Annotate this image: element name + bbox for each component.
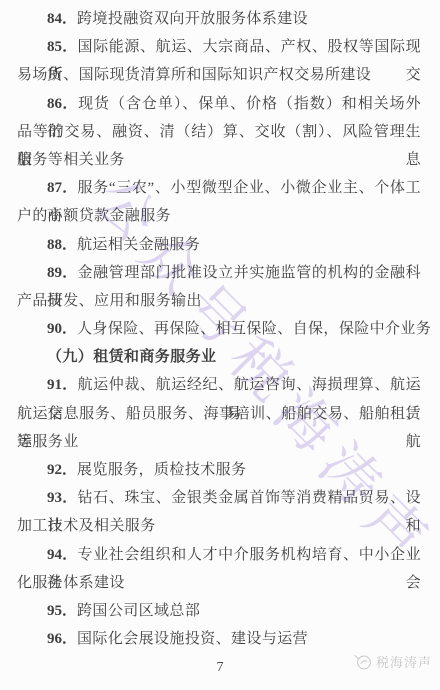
document-line: 90．人身保险、再保险、相互保险、自保，保险中介业务 bbox=[17, 315, 421, 343]
document-line: 93．钻石、珠宝、金银类金属首饰等消费精品贸易、设计和 bbox=[17, 484, 421, 512]
item-number: 92． bbox=[47, 462, 77, 478]
item-number: 86． bbox=[47, 96, 78, 112]
document-line: 91．航运仲裁、航运经纪、航运咨询、海损理算、航运交易、 bbox=[17, 371, 421, 399]
document-line: 品等的交易、融资、清（结）算、交收（割）、风险管理、信息 bbox=[17, 118, 421, 146]
item-number: 94． bbox=[47, 547, 77, 563]
document-line: （九）租赁和商务服务业 bbox=[17, 343, 421, 371]
item-number: 87． bbox=[47, 180, 78, 196]
wechat-badge-label: 税海涛声 bbox=[376, 652, 432, 671]
document-line: 92．展览服务，质检技术服务 bbox=[17, 456, 421, 484]
document-line: 87．服务“三农”、小型微型企业、小微企业主、个体工商 bbox=[17, 174, 421, 202]
wechat-logo-icon bbox=[353, 652, 372, 671]
document-line: 航运信息服务、船员服务、海事培训、船舶交易、船舶租赁等航 bbox=[17, 400, 421, 428]
item-number: 85． bbox=[47, 39, 77, 55]
item-number: 96． bbox=[47, 631, 77, 647]
document-line: 96．国际化会展设施投资、建设与运营 bbox=[17, 625, 421, 653]
document-line: 95．跨国公司区域总部 bbox=[17, 597, 421, 625]
document-line: 94．专业社会组织和人才中介服务机构培育、中小企业社会 bbox=[17, 541, 421, 569]
item-number: 90． bbox=[47, 321, 77, 337]
item-number: 93． bbox=[47, 490, 77, 506]
document-line: 89．金融管理部门批准设立并实施监管的机构的金融科技 bbox=[17, 259, 421, 287]
document-line: 产品研发、应用和服务输出 bbox=[17, 287, 421, 315]
item-number: 95． bbox=[47, 603, 77, 619]
item-number: 88． bbox=[47, 237, 77, 253]
wechat-badge: 税海涛声 bbox=[353, 652, 432, 671]
document-line: 85．国际能源、航运、大宗商品、产权、股权等国际现货交 bbox=[17, 33, 421, 61]
document-line: 易场所、国际现货清算所和国际知识产权交易所建设 bbox=[17, 61, 421, 89]
item-number: 91． bbox=[47, 377, 77, 393]
document-line: 户的小额贷款金融服务 bbox=[17, 202, 421, 230]
document-line: 86．现货（含仓单）、保单、价格（指数）和相关场外衍生 bbox=[17, 90, 421, 118]
item-number: 89． bbox=[47, 265, 77, 281]
item-number: 84． bbox=[47, 11, 77, 27]
document-line: 88．航运相关金融服务 bbox=[17, 231, 421, 259]
document-body: 84．跨境投融资双向开放服务体系建设85．国际能源、航运、大宗商品、产权、股权等… bbox=[17, 5, 421, 653]
document-line: 84．跨境投融资双向开放服务体系建设 bbox=[17, 5, 421, 33]
document-page: 公众号税海涛声 84．跨境投融资双向开放服务体系建设85．国际能源、航运、大宗商… bbox=[0, 0, 440, 690]
